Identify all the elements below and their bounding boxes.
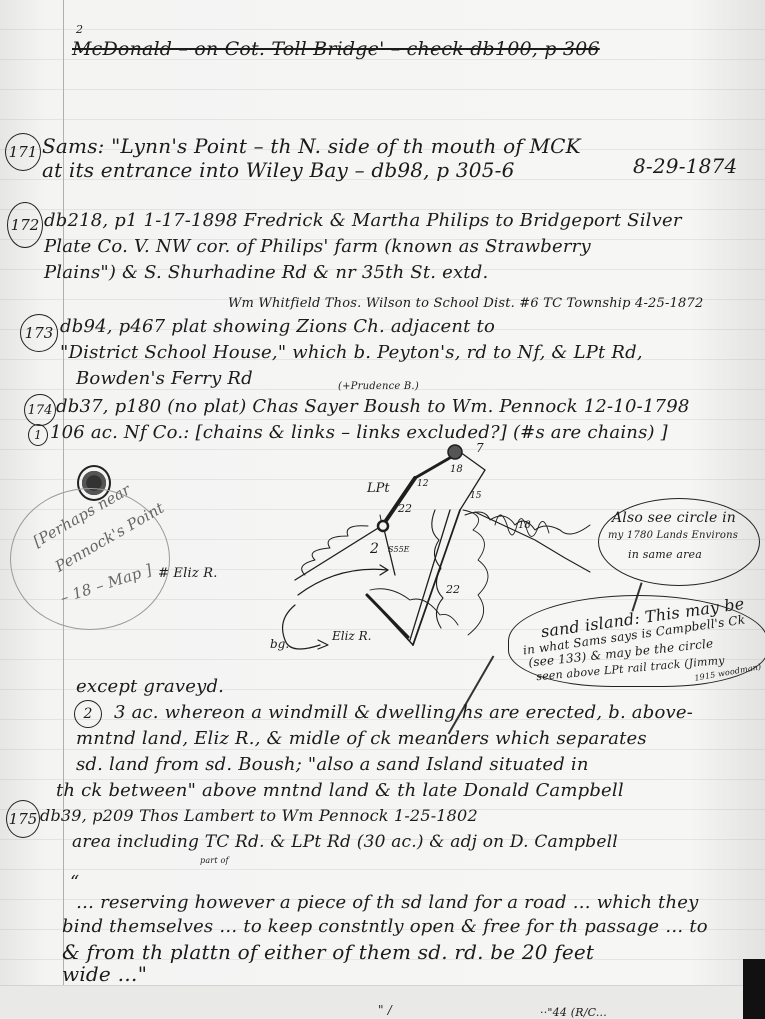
entry-172-line-3: Plains") & S. Shurhadine Rd & nr 35th St…	[44, 262, 488, 283]
notebook-page: 2 McDonald – on Cot. Toll Bridge' – chec…	[0, 0, 765, 1019]
entry-175-line-2: area including TC Rd. & LPt Rd (30 ac.) …	[72, 832, 618, 852]
entry-number-171: 171	[5, 133, 41, 171]
svg-text:7: 7	[476, 441, 484, 455]
entry-171-date: 8-29-1874	[633, 154, 737, 178]
entry-174-sub-marker: 1	[28, 424, 48, 446]
entry-174-superscript: (+Prudence B.)	[338, 381, 419, 392]
svg-text:22: 22	[445, 583, 460, 596]
sketch-bearing: S55E	[388, 545, 410, 554]
sketch-area-label: 2	[369, 541, 379, 557]
entry-173-line-2: "District School House," which b. Peyton…	[60, 342, 643, 363]
circle-note-line-1: Also see circle in	[612, 510, 736, 526]
entry-173-line-1: db94, p467 plat showing Zions Ch. adjace…	[60, 316, 495, 337]
quote-line-3: & from th plattn of either of them sd. r…	[62, 940, 594, 964]
quote-open-mark: “	[70, 872, 79, 893]
item-2-marker: 2	[74, 700, 102, 728]
circle-note-line-2: my 1780 Lands Environs	[608, 530, 738, 541]
entry-171-line-1: Sams: "Lynn's Point – th N. side of th m…	[42, 134, 581, 158]
sketch-label-lpt: LPt	[366, 481, 390, 496]
margin-eliz-r-label: # Eliz R.	[158, 566, 218, 581]
entry-172-line-2: Plate Co. V. NW cor. of Philips' farm (k…	[44, 236, 591, 257]
bottom-center-mark: " /	[378, 1003, 392, 1017]
struck-header-line: McDonald – on Cot. Toll Bridge' – check …	[72, 38, 600, 60]
svg-text:22: 22	[397, 502, 412, 515]
entry-172-line-1: db218, p1 1-17-1898 Fredrick & Martha Ph…	[44, 210, 682, 231]
entry-174-line-1: db37, p180 (no plat) Chas Sayer Boush to…	[56, 396, 690, 417]
except-graveyard: except graveyd.	[76, 676, 224, 697]
item-2-line-3: sd. land from sd. Boush; "also a sand Is…	[76, 754, 589, 775]
quote-line-2: bind themselves … to keep constntly open…	[62, 916, 708, 937]
entry-175-line-1: db39, p209 Thos Lambert to Wm Pennock 1-…	[40, 806, 478, 825]
scan-corner-shadow	[743, 959, 765, 1019]
quote-line-4: wide …"	[62, 962, 147, 986]
sketch-label-bg: bg.	[270, 637, 289, 651]
entry-173-line-3: Bowden's Ferry Rd	[76, 368, 253, 389]
quote-line-1: … reserving however a piece of th sd lan…	[76, 892, 699, 913]
entry-175-insert: part of	[200, 856, 229, 865]
sketch-label-eliz-r: Eliz R.	[331, 629, 371, 643]
circle-note-line-3: in same area	[628, 548, 702, 561]
entry-171-line-2: at its entrance into Wiley Bay – db98, p…	[42, 158, 515, 182]
svg-text:15: 15	[470, 491, 482, 501]
entry-number-172: 172	[7, 202, 43, 248]
item-2-line-2: mntnd land, Eliz R., & midle of ck meand…	[76, 728, 647, 749]
entry-173-superscript: Wm Whitfield Thos. Wilson to School Dist…	[228, 296, 703, 311]
item-2-line-1: 3 ac. whereon a windmill & dwelling hs a…	[114, 702, 693, 723]
svg-text:18: 18	[518, 520, 531, 531]
entry-number-173: 173	[20, 314, 58, 352]
entry-number-175: 175	[6, 800, 40, 838]
item-2-line-4: th ck between" above mntnd land & th lat…	[56, 780, 624, 801]
bottom-right-fragment: ··"44 (R/C...	[540, 1006, 607, 1019]
svg-text:18: 18	[450, 464, 463, 475]
svg-text:12: 12	[417, 479, 429, 489]
struck-prefix: 2	[76, 23, 83, 36]
